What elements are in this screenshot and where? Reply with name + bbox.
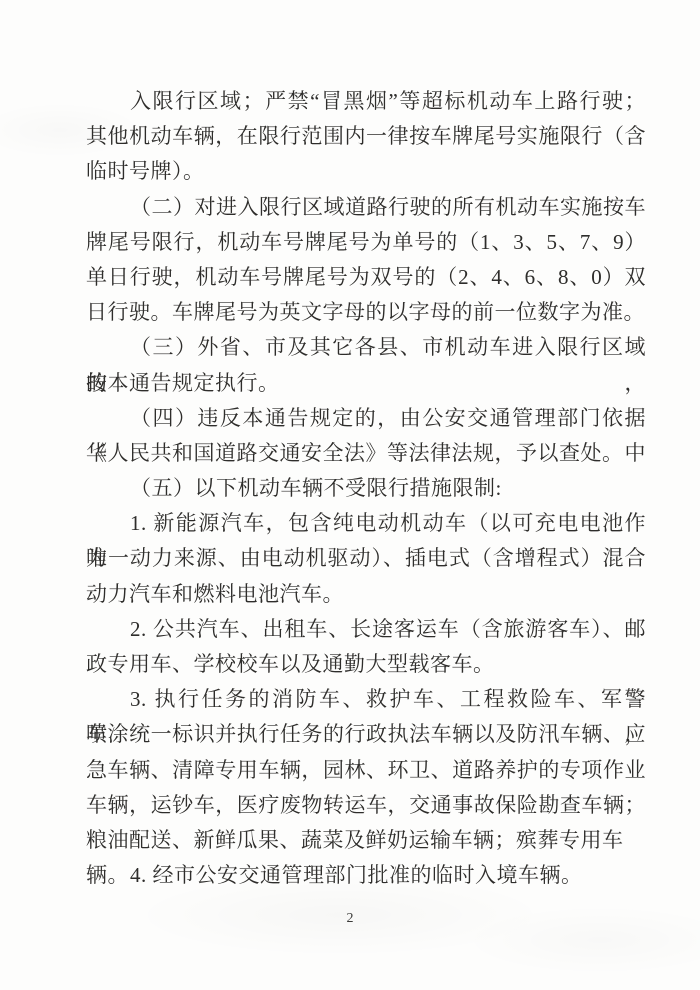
text-line: 入限行区域；严禁“冒黑烟”等超标机动车上路行驶；	[86, 84, 646, 119]
document-page: 入限行区域；严禁“冒黑烟”等超标机动车上路行驶；其他机动车辆，在限行范围内一律按…	[0, 0, 700, 990]
text-line: 1. 新能源汽车，包含纯电动机动车（以可充电电池作为	[86, 506, 646, 541]
paragraph: （二）对进入限行区域道路行驶的所有机动车实施按车牌尾号限行，机动车号牌尾号为单号…	[86, 190, 646, 331]
text-line: （四）违反本通告规定的，由公安交通管理部门依据《中	[86, 401, 646, 436]
text-line: 临时号牌）。	[86, 154, 646, 189]
paragraph: （三）外省、市及其它各县、市机动车进入限行区域的，按本通告规定执行。	[86, 330, 646, 400]
document-body: 入限行区域；严禁“冒黑烟”等超标机动车上路行驶；其他机动车辆，在限行范围内一律按…	[86, 84, 646, 893]
text-line: 喷涂统一标识并执行任务的行政执法车辆以及防汛车辆、应	[86, 717, 646, 752]
text-line: 3. 执行任务的消防车、救护车、工程救险车、军警车，	[86, 682, 646, 717]
paragraph: （四）违反本通告规定的，由公安交通管理部门依据《中华人民共和国道路交通安全法》等…	[86, 401, 646, 471]
paragraph: 2. 公共汽车、出租车、长途客运车（含旅游客车）、邮政专用车、学校校车以及通勤大…	[86, 612, 646, 682]
text-line: 牌尾号限行，机动车号牌尾号为单号的（1、3、5、7、9）	[86, 225, 646, 260]
page-number: 2	[0, 908, 700, 930]
text-line: 单日行驶，机动车号牌尾号为双号的（2、4、6、8、0）双	[86, 260, 646, 295]
text-line: 粮油配送、新鲜瓜果、蔬菜及鲜奶运输车辆；殡葬专用车辆。	[86, 823, 646, 858]
text-line: 政专用车、学校校车以及通勤大型载客车。	[86, 647, 646, 682]
paragraph: 入限行区域；严禁“冒黑烟”等超标机动车上路行驶；其他机动车辆，在限行范围内一律按…	[86, 84, 646, 190]
text-line: 唯一动力来源、由电动机驱动）、插电式（含增程式）混合	[86, 541, 646, 576]
text-line: （五）以下机动车辆不受限行措施限制:	[86, 471, 646, 506]
paragraph: （五）以下机动车辆不受限行措施限制:	[86, 471, 646, 506]
text-line: 急车辆、清障专用车辆，园林、环卫、道路养护的专项作业	[86, 753, 646, 788]
text-line: 华人民共和国道路交通安全法》等法律法规，予以查处。	[86, 436, 646, 471]
paragraph: 4. 经市公安交通管理部门批准的临时入境车辆。	[86, 858, 646, 893]
paragraph: 3. 执行任务的消防车、救护车、工程救险车、军警车，喷涂统一标识并执行任务的行政…	[86, 682, 646, 858]
text-line: （三）外省、市及其它各县、市机动车进入限行区域的，	[86, 330, 646, 365]
text-line: 车辆，运钞车，医疗废物转运车，交通事故保险勘查车辆；	[86, 788, 646, 823]
text-line: 4. 经市公安交通管理部门批准的临时入境车辆。	[86, 858, 646, 893]
text-line: 动力汽车和燃料电池汽车。	[86, 577, 646, 612]
text-line: （二）对进入限行区域道路行驶的所有机动车实施按车	[86, 190, 646, 225]
text-line: 日行驶。车牌尾号为英文字母的以字母的前一位数字为准。	[86, 295, 646, 330]
paragraph: 1. 新能源汽车，包含纯电动机动车（以可充电电池作为唯一动力来源、由电动机驱动）…	[86, 506, 646, 612]
text-line: 2. 公共汽车、出租车、长途客运车（含旅游客车）、邮	[86, 612, 646, 647]
text-line: 其他机动车辆，在限行范围内一律按车牌尾号实施限行（含	[86, 119, 646, 154]
